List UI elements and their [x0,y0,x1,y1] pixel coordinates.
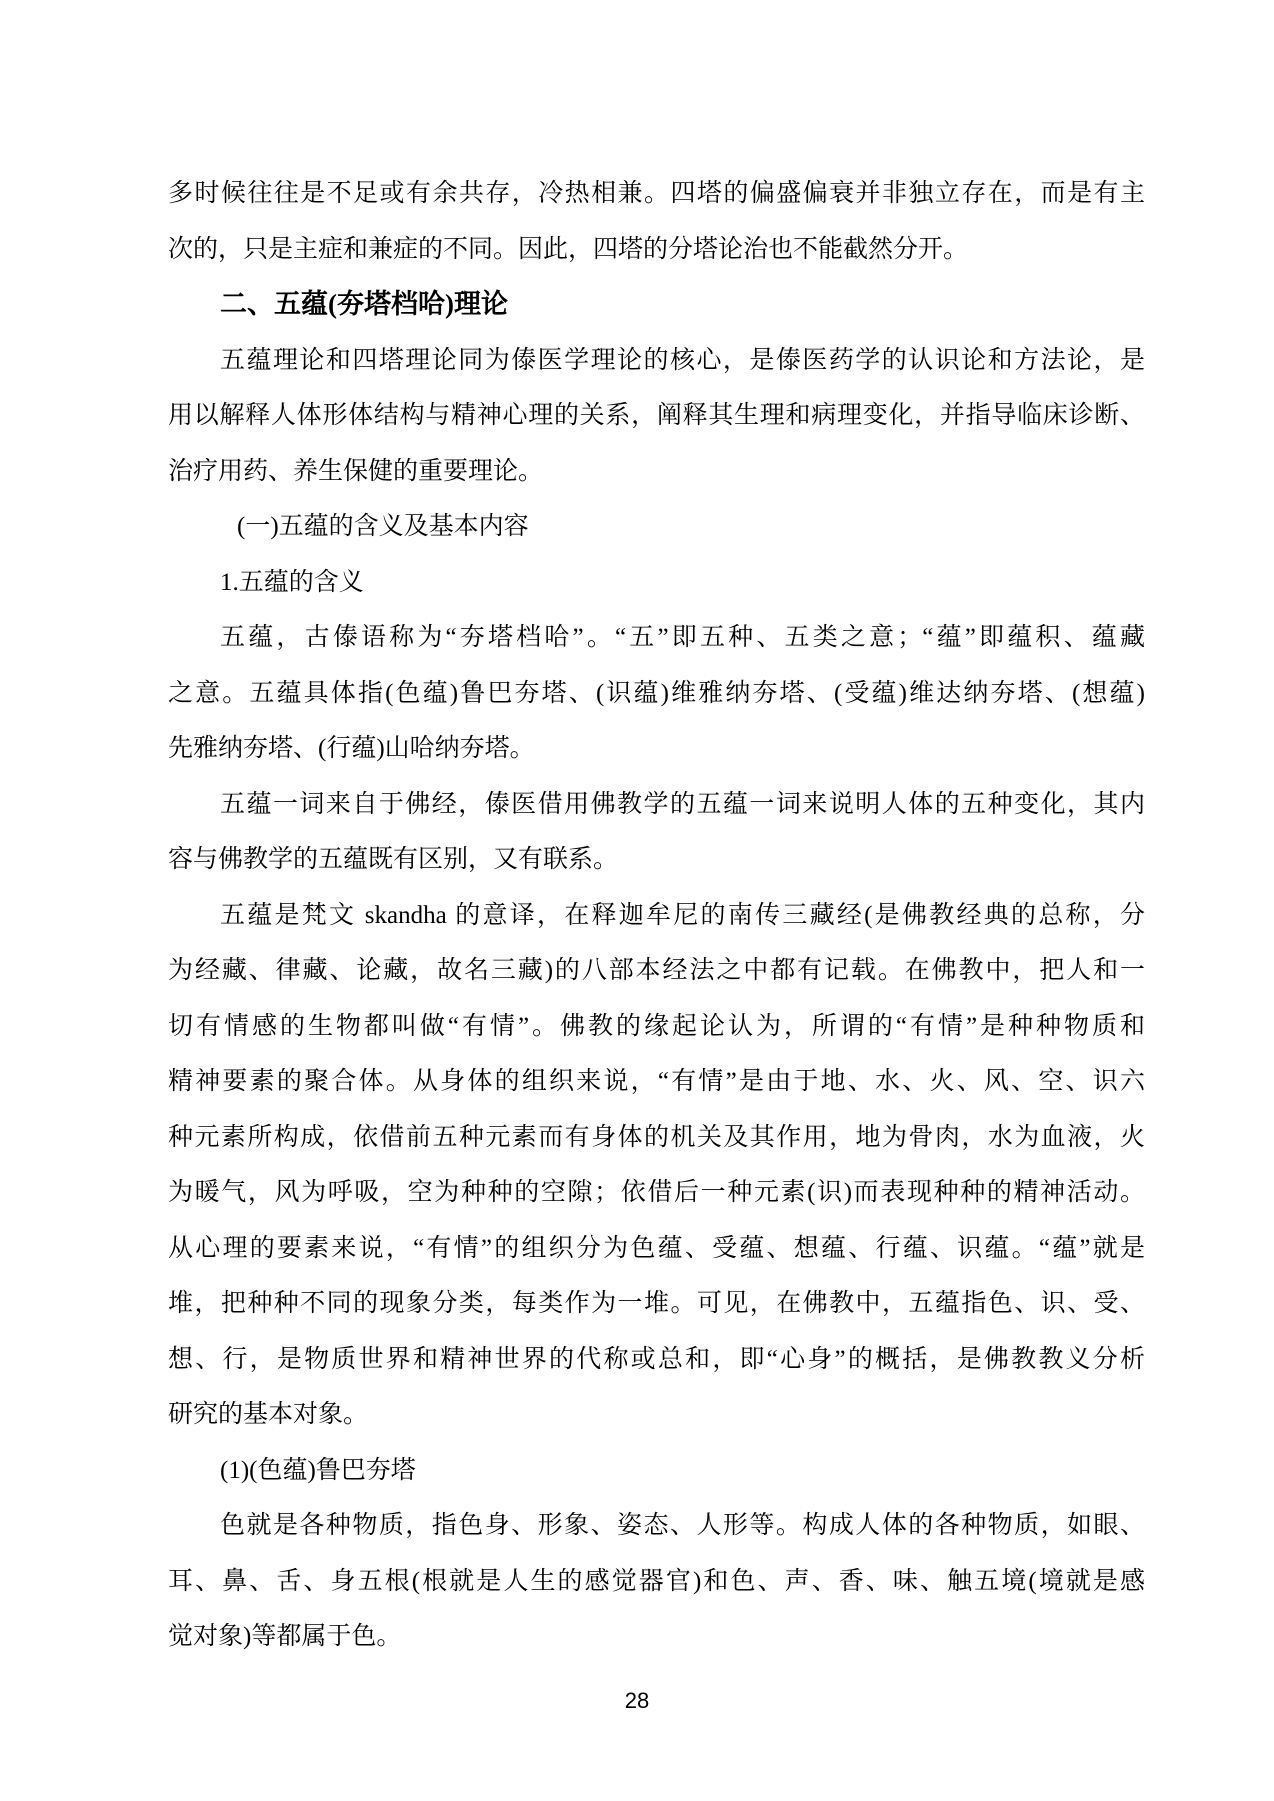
text-line: 次的，只是主症和兼症的不同。因此，四塔的分塔论治也不能截然分开。 [168,222,1145,278]
text-line: 五蕴理论和四塔理论同为傣医学理论的核心，是傣医药学的认识论和方法论，是 [168,333,1145,389]
text-line: 多时候往往是不足或有余共存，冷热相兼。四塔的偏盛偏衰并非独立存在，而是有主 [168,166,1145,222]
text-line: 种元素所构成，依借前五种元素而有身体的机关及其作用，地为骨肉，水为血液，火 [168,1110,1145,1166]
document-page: 多时候往往是不足或有余共存，冷热相兼。四塔的偏盛偏衰并非独立存在，而是有主 次的… [0,0,1274,1801]
text-line: 治疗用药、养生保健的重要理论。 [168,444,1145,500]
text-line: 之意。五蕴具体指(色蕴)鲁巴夯塔、(识蕴)维雅纳夯塔、(受蕴)维达纳夯塔、(想蕴… [168,666,1145,722]
text-line: 想、行，是物质世界和精神世界的代称或总和，即“心身”的概括，是佛教教义分析 [168,1332,1145,1388]
text-line: 先雅纳夯塔、(行蕴)山哈纳夯塔。 [168,721,1145,777]
text-line: 为暖气，风为呼吸，空为种种的空隙；依借后一种元素(识)而表现种种的精神活动。 [168,1165,1145,1221]
subsection-heading: (一)五蕴的含义及基本内容 [168,499,1145,555]
text-line: 切有情感的生物都叫做“有情”。佛教的缘起论认为，所谓的“有情”是种种物质和 [168,999,1145,1055]
text-line: 研究的基本对象。 [168,1387,1145,1443]
text-line: 用以解释人体形体结构与精神心理的关系，阐释其生理和病理变化，并指导临床诊断、 [168,388,1145,444]
text-line: 觉对象)等都属于色。 [168,1609,1145,1665]
text-line: 五蕴一词来自于佛经，傣医借用佛教学的五蕴一词来说明人体的五种变化，其内 [168,777,1145,833]
section-heading: 二、五蕴(夯塔档哈)理论 [168,277,1145,333]
text-line: 为经藏、律藏、论藏，故名三藏)的八部本经法之中都有记载。在佛教中，把人和一 [168,943,1145,999]
text-line: 五蕴是梵文 skandha 的意译，在释迦牟尼的南传三藏经(是佛教经典的总称，分 [168,888,1145,944]
page-number: 28 [0,1688,1274,1714]
text-line: 精神要素的聚合体。从身体的组织来说，“有情”是由于地、水、火、风、空、识六 [168,1054,1145,1110]
text-line: 五蕴，古傣语称为“夯塔档哈”。“五”即五种、五类之意；“蕴”即蕴积、蕴藏 [168,610,1145,666]
text-line: 容与佛教学的五蕴既有区别，又有联系。 [168,832,1145,888]
text-line: 从心理的要素来说，“有情”的组织分为色蕴、受蕴、想蕴、行蕴、识蕴。“蕴”就是 [168,1221,1145,1277]
text-block: 多时候往往是不足或有余共存，冷热相兼。四塔的偏盛偏衰并非独立存在，而是有主 次的… [168,166,1145,1665]
text-line: 耳、鼻、舌、身五根(根就是人生的感觉器官)和色、声、香、味、触五境(境就是感 [168,1554,1145,1610]
item-heading: 1.五蕴的含义 [168,555,1145,611]
item-heading: (1)(色蕴)鲁巴夯塔 [168,1443,1145,1499]
text-line: 色就是各种物质，指色身、形象、姿态、人形等。构成人体的各种物质，如眼、 [168,1498,1145,1554]
text-line: 堆，把种种不同的现象分类，每类作为一堆。可见，在佛教中，五蕴指色、识、受、 [168,1276,1145,1332]
